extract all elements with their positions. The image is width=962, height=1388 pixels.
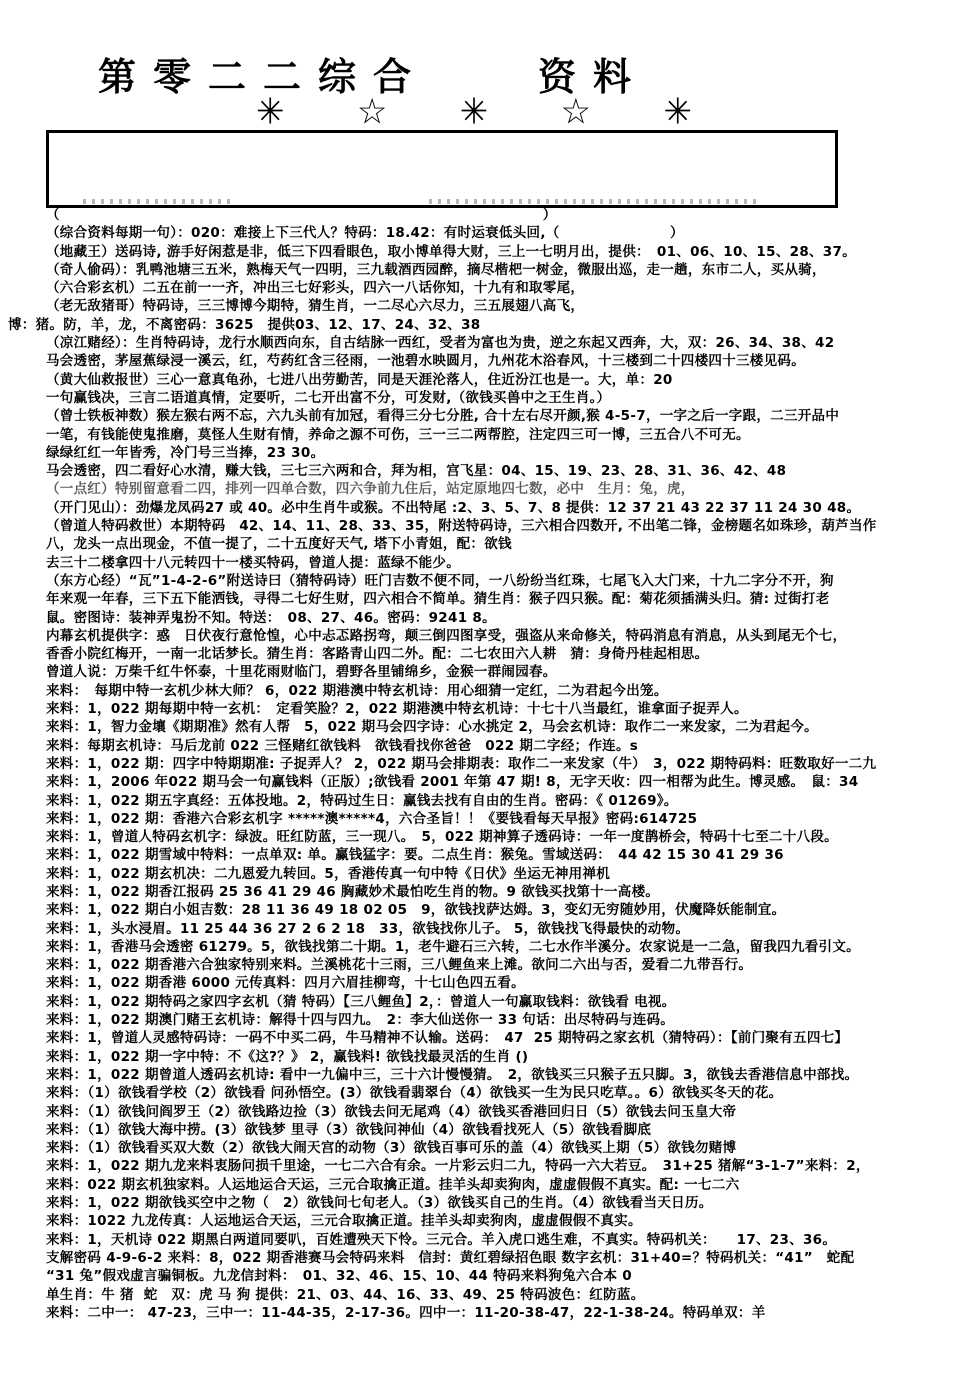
erased-text-remnant xyxy=(429,199,759,204)
text-line: （曾士铁板神数）猴左猴右两不忘，六九头前有加冠，看得三分七分胜, 合十左右尽开颜… xyxy=(8,407,960,425)
text-line: （综合资料每期一句）：020：难接上下三代人？特码：18.42：有时运衰低头回,… xyxy=(8,224,960,242)
text-line: （开门见山）：劲爆龙凤码27 或 40。必中生肖牛或猴。不出特尾 :2、3、5、… xyxy=(8,499,960,517)
text-line: 来料：1，022 期香港六合独家特别来料。兰溪桃花十三雨，三八鲤鱼来上滩。欲问二… xyxy=(8,956,960,974)
text-line: 来料：1，022 期香江报码 25 36 41 29 46 胸藏妙术最怕吃生肖的… xyxy=(8,883,960,901)
asterisk-star-icon: ✳ xyxy=(460,89,489,135)
text-line: 来料：1，022 期一字中特：不《这?？》 2，赢钱料! 欲钱找最灵活的生肖 (… xyxy=(8,1048,960,1066)
text-line: 马会透密，茅屋蕉绿浸一溪云，红，芍药红含三径雨，一池碧水映圆月，九州花木浴春风，… xyxy=(8,352,960,370)
lottery-info-sheet: { "page": { "title": "第零二二综合 资料", "stars… xyxy=(0,0,962,1388)
empty-notice-box xyxy=(46,130,838,208)
text-line: （一点红）特别留意看二四，排列一四单合数，四六争前九住后，站定原地四七数，必中 … xyxy=(8,480,960,498)
text-line: 来料：1，022 期雪域中特料：一点单双: 单。赢钱猛字：要。二点生肖：猴兔。雪… xyxy=(8,846,960,864)
asterisk-star-icon: ✳ xyxy=(663,89,692,135)
erased-text-remnant xyxy=(83,199,233,204)
text-line: 来料：1，022 期澳门赌王玄机诗：解得十四与四九。 2：李大仙送你一 33 句… xyxy=(8,1011,960,1029)
text-line: 来料：1，022 期特码之家四字玄机（猜 特码）【三八鲤鱼】2，：曾道人一句赢取… xyxy=(8,993,960,1011)
text-line: 来料：1，香港马会透密 61279。5，欲钱找第二十期。1，老牛避石三六转，二七… xyxy=(8,938,960,956)
text-line: 来料：1，2006 年022 期马会一句赢钱料（正版）;欲钱看 2001 年第 … xyxy=(8,773,960,791)
text-line: 来料：1，头水浸眉。11 25 44 36 27 2 6 2 18 33，欲钱找… xyxy=(8,920,960,938)
text-line: 绿绿红红一年皆秀，冷门号三当捧，23 30。 xyxy=(8,444,960,462)
text-line: 八，龙头一点出现金，不值一提了，二十五度好天气, 塔下小青姐，配：欲钱 xyxy=(8,535,960,553)
text-line: 来料：二中一： 47-23，三中一：11-44-35，2-17-36。四中一：1… xyxy=(8,1304,960,1322)
text-line: 来料：1，022 期玄机决：二九恩爱九转回。5，香港传真一句中特《日伏》坐运无神… xyxy=(8,865,960,883)
text-line: 内幕玄机提供字：惑 日伏夜行意怆惶，心中忐忑路拐弯，颠三倒四图享受，强盗从来命修… xyxy=(8,627,960,645)
text-line: 年来观一年春，三下五下能洒钱，寻得二七好生财，四六相合不简单。猜生肖：猴子四只猴… xyxy=(8,590,960,608)
text-line: （东方心经）“瓦”1-4-2-6”附送诗曰（猜特码诗）旺门吉数不便不同，一八纷纷… xyxy=(8,572,960,590)
text-line: （老无敌猪哥）特码诗，三三博博今期特，猜生肖，一二尽心六尽力，三五展翅八高飞， xyxy=(8,297,960,315)
text-line: （地藏王）送码诗, 游手好闲惹是非，低三下四看眼色，取小博单得大财，三上一七明月… xyxy=(8,243,960,261)
text-line: 来料：（1）欲钱看学校（2）欲钱看 问孙悟空。(3）欲钱看翡翠台（4）欲钱买一生… xyxy=(8,1084,960,1102)
tips-text-body: （ ）（综合资料每期一句）：020：难接上下三代人？特码：18.42：有时运衰低… xyxy=(8,206,960,1322)
text-line: 来料： 每期中特一玄机少林大师？ 6，022 期港澳中特玄机诗：用心细猜一定红，… xyxy=(8,682,960,700)
outline-star-icon: ☆ xyxy=(357,89,387,135)
text-line: 一笔，有钱能使鬼推磨，莫怪人生财有情，养命之源不可伤，三一三二两帮腔，注定四三可… xyxy=(8,426,960,444)
text-line: 来料：1，022 期每期中特一玄机： 定看笑脸？2，022 期港澳中特玄机诗：十… xyxy=(8,700,960,718)
text-line: 来料：1，智力金壤《期期准》然有人帮 5，022 期马会四字诗：心水挑定 2，马… xyxy=(8,718,960,736)
text-line: 鼠。密图诗：装神弄鬼扮不知。特送： 08、27、46。密码：9241 8。 xyxy=(8,609,960,627)
asterisk-star-icon: ✳ xyxy=(256,89,285,135)
text-line: 来料：1，022 期五字真经：五体投地。2，特码过生日：赢钱去找有自由的生肖。密… xyxy=(8,792,960,810)
text-line: （奇人偷码）：乳鸭池塘三五米，熟梅天气一四明，三九载酒西园醉，摘尽楷杷一树金，微… xyxy=(8,261,960,279)
text-line: （凉江赌经）：生肖特码诗，龙行水顺西向东，自古结脉一西红，受者为富也为贵，逆之东… xyxy=(8,334,960,352)
text-line: 来料：1，022 期白小姐吉数：28 11 36 49 18 02 05 9，欲… xyxy=(8,901,960,919)
text-line: 来料：1，022 期欲钱买空中之物（ 2）欲钱问七旬老人。（3）欲钱买自己的生肖… xyxy=(8,1194,960,1212)
outline-star-icon: ☆ xyxy=(561,89,591,135)
text-line: 来料：1，022 期九龙来料衷肠问损千里途，一七二六合有余。一片彩云归二九，特码… xyxy=(8,1157,960,1175)
text-line: 去三十二楼拿四十八元转四十一楼买特码，曾道人提：蓝绿不能少。 xyxy=(8,554,960,572)
text-line: “31 兔”假戏虚言骗铜板。九龙信封料： 01、32、46、15、10、44 特… xyxy=(8,1267,960,1285)
text-line: 来料：1，022 期：四字中特期期准: 子捉弄人？ 2，022 期马会排期表：取… xyxy=(8,755,960,773)
text-line: 来料：每期玄机诗：马后龙前 022 三怪赌红欲钱料 欲钱看找你爸爸 022 期二… xyxy=(8,737,960,755)
text-line: （ ） xyxy=(8,206,960,224)
text-line: 来料：（1）欲钱大海中捞。(3）欲钱梦 里寻（3）欲钱问神仙（4）欲钱看找死人（… xyxy=(8,1121,960,1139)
star-decoration-row: ✳☆✳☆✳ xyxy=(256,90,692,134)
text-line: 博：猪。防，羊，龙，不离密码：3625 提供03、12、17、24、32、38 xyxy=(8,316,960,334)
text-line: 来料：1022 九龙传真：人运地运合天运，三元合取擒正道。挂羊头却卖狗肉，虚虚假… xyxy=(8,1212,960,1230)
text-line: （六合彩玄机）二五在前一一齐，冲出三七好彩头，四六一八话你知，十九有和取零尾， xyxy=(8,279,960,297)
text-line: 来料：（1）欲钱问阎罗王（2）欲钱路边捡（3）欲钱去问无尾鸡（4）欲钱买香港回归… xyxy=(8,1103,960,1121)
text-line: 一句赢钱决，三言二语道真情，定要听，二七开出富不分，可发财,（欲钱买兽中之王生肖… xyxy=(8,389,960,407)
text-line: 来料：1，022 期曾道人透码玄机诗: 看中一九偏中三，三十六计慢慢猜。 2，欲… xyxy=(8,1066,960,1084)
text-line: 来料：1，022 期香港 6000 元传真料：四月六眉挂柳弯，十七山色四五看。 xyxy=(8,974,960,992)
text-line: 来料：1，曾道人灵感特码诗：一码不中买二码，牛马精神不认输。送码： 47 25 … xyxy=(8,1029,960,1047)
text-line: 来料：022 期玄机独家料。人运地运合天运，三元合取擒正道。挂羊头却卖狗肉，虚虚… xyxy=(8,1176,960,1194)
text-line: 马会透密，四二看好心水清，赚大钱，三七三六两和合，拜为相，宫飞星：04、15、1… xyxy=(8,462,960,480)
text-line: 来料：（1）欲钱看买双大数（2）欲钱大闹天宫的动物（3）欲钱百事可乐的盖（4）欲… xyxy=(8,1139,960,1157)
text-line: 曾道人说：万柴千红牛怀泰，十里花雨财临门，碧野各里铺绵乡，金猴一群闹园春。 xyxy=(8,663,960,681)
text-line: 来料：1，曾道人特码玄机字：绿波。旺红防蓝，三一现八。 5，022 期神算子透码… xyxy=(8,828,960,846)
text-line: （黄大仙救报世）三心一意真龟孙，七进八出劳勤苦，同是天涯沦落人，住近汾江也是一。… xyxy=(8,371,960,389)
text-line: 来料：1，天机诗 022 期黑白两道同要叭，百姓遭殃天下怜。三元合。羊入虎口逃生… xyxy=(8,1231,960,1249)
text-line: 支解密码 4-9-6-2 来料：8，022 期香港赛马会特码来料 信封：黄红碧绿… xyxy=(8,1249,960,1267)
text-line: 单生肖：牛 猪 蛇 双：虎 马 狗 提供：21、03、44、16、33、49、2… xyxy=(8,1286,960,1304)
text-line: （曾道人特码救世）本期特码 42、14、11、28、33、35，附送特码诗，三六… xyxy=(8,517,960,535)
text-line: 香香小院红梅开，一南一北话梦长。猜生肖：客路青山四二外。配：二七农田六人耕 猜：… xyxy=(8,645,960,663)
text-line: 来料：1，022 期：香港六合彩玄机字 *****澳*****4，六合圣旨！！《… xyxy=(8,810,960,828)
